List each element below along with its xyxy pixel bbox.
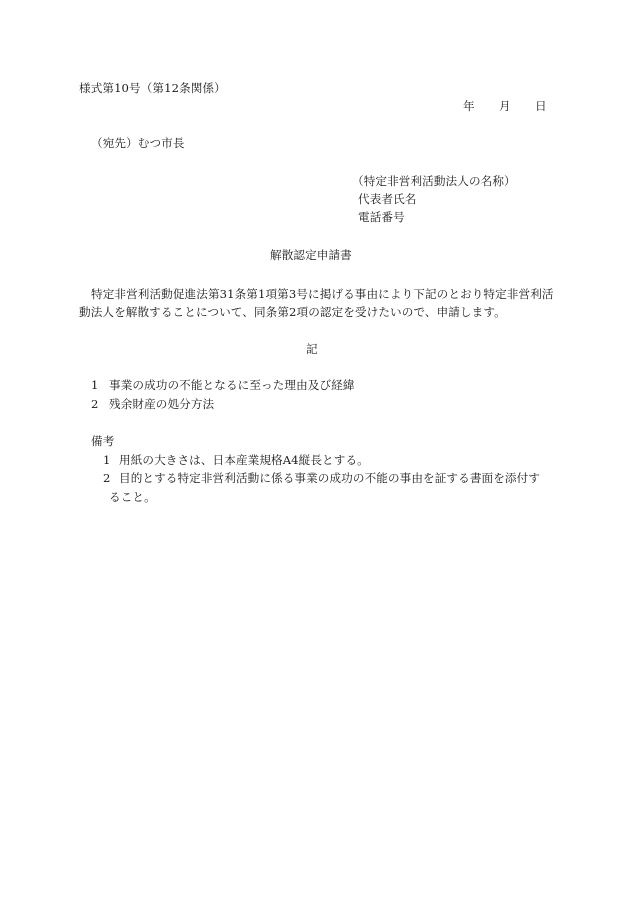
phone-label: 電話番号 — [358, 210, 405, 224]
remark-text: 用紙の大きさは、日本産業規格A4縦長とする。 — [119, 453, 369, 467]
remarks-heading: 備考 — [91, 434, 114, 448]
remark-text: 目的とする特定非営利活動に係る事業の成功の不能の事由を証する書面を添付す — [119, 471, 540, 485]
representative-label: 代表者氏名 — [358, 192, 416, 206]
org-name-label: （特定非営利活動法人の名称） — [352, 174, 516, 188]
item-1: 1事業の成功の不能となるに至った理由及び経緯 — [91, 378, 355, 392]
item-number: 2 — [91, 397, 109, 411]
remark-2: 2目的とする特定非営利活動に係る事業の成功の不能の事由を証する書面を添付す — [103, 471, 540, 485]
form-number: 様式第10号（第12条関係） — [79, 81, 226, 95]
date-month-label: 月 — [499, 99, 511, 113]
body-line-1: 特定非営利活動促進法第31条第1項第3号に掲げる事由により下記のとおり特定非営利… — [91, 287, 554, 301]
remark-number: 1 — [103, 453, 119, 467]
document-page: 様式第10号（第12条関係） 年 月 日 （宛先）むつ市長 （特定非営利活動法人… — [0, 0, 630, 903]
ki-heading: 記 — [306, 342, 318, 356]
body-line-2: 動法人を解散することについて、同条第2項の認定を受けたいので、申請します。 — [79, 305, 506, 319]
remark-1: 1用紙の大きさは、日本産業規格A4縦長とする。 — [103, 453, 369, 467]
addressee: （宛先）むつ市長 — [91, 136, 185, 150]
document-title: 解散認定申請書 — [270, 248, 352, 262]
remark-number: 2 — [103, 471, 119, 485]
date-year-label: 年 — [463, 99, 475, 113]
item-text: 残余財産の処分方法 — [109, 397, 214, 411]
item-2: 2残余財産の処分方法 — [91, 397, 214, 411]
remark-2-continuation: ること。 — [109, 490, 156, 504]
date-day-label: 日 — [535, 99, 547, 113]
item-number: 1 — [91, 378, 109, 392]
item-text: 事業の成功の不能となるに至った理由及び経緯 — [109, 378, 355, 392]
